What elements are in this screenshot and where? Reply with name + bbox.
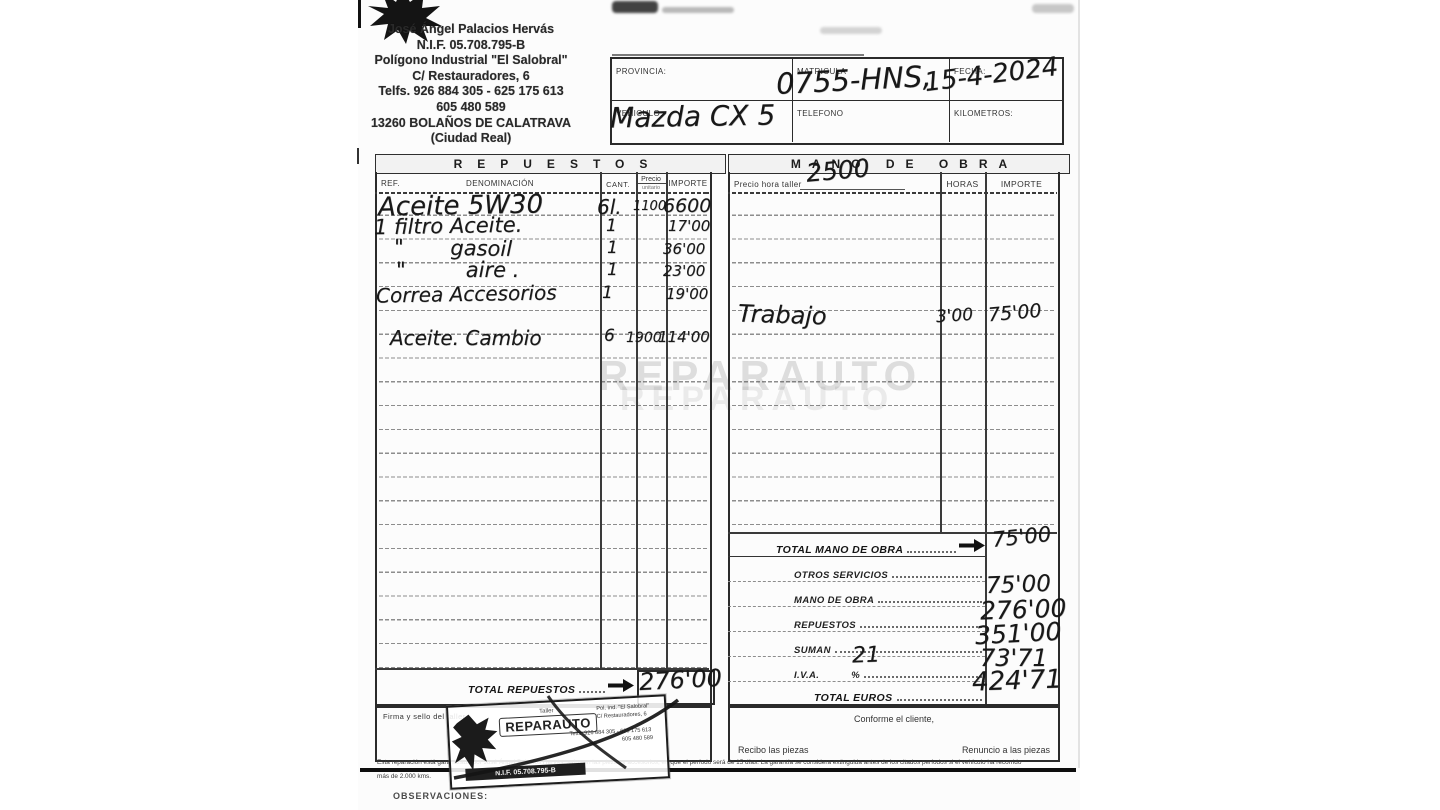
precio-hora-handwritten: 2500 [805,155,871,185]
col-cant-label: CANT. [600,180,636,189]
rep-row-importe: 23'00 [663,264,705,279]
scanned-invoice-page: José Ángel Palacios Hervás N.I.F. 05.708… [0,0,1440,810]
reparauto-watermark-ghost: REPARAUTO [620,380,895,419]
work-importe-handwritten: 75'00 [987,302,1042,326]
rep-row-den: " gasoil [394,237,512,260]
rep-row-den: " aire . [396,260,519,281]
total-mano-label: TOTAL MANO DE OBRA [776,544,903,556]
mano-obra-title: MANO DE OBRA [728,154,1070,174]
business-province: (Ciudad Real) [330,131,612,147]
scan-smudge [612,1,658,13]
kilometros-cell: KILOMETROS: [950,101,1062,142]
rep-row-precio: 1900 [626,331,662,345]
business-nif: N.I.F. 05.708.795-B [330,38,612,54]
iva-pct-label: % [851,670,860,681]
scan-line-artifact [612,54,864,56]
mano-obra-total-label: MANO DE OBRA [794,595,874,606]
vehiculo-handwritten: Mazda CX 5 [610,102,776,133]
rep-row-den: Aceite. Cambio [390,328,542,348]
business-header: José Ángel Palacios Hervás N.I.F. 05.708… [330,22,612,147]
mano-obra-total-row: MANO DE OBRA [728,582,985,607]
rep-row-importe: 19'00 [666,287,708,302]
repuestos-total-row: REPUESTOS [728,607,985,632]
col-ref-label: REF. [381,179,400,188]
col-importe-label: IMPORTE [666,179,710,188]
renuncio-label: Renuncio a las piezas [962,745,1050,755]
col-importe-mo-label: IMPORTE [985,179,1058,189]
rep-row-cant: 1 [602,285,613,302]
leader-dots [907,550,956,553]
rep-row-importe: 36'00 [663,242,705,257]
total-mano-row: TOTAL MANO DE OBRA [728,532,985,557]
business-address1: Polígono Industrial "El Salobral" [330,53,612,69]
business-phones2: 605 480 589 [330,100,612,116]
rep-row-importe: 6600 [663,197,711,216]
rep-row-cant: 1 [606,218,617,235]
arrow-right-icon [959,539,985,552]
rep-row-cant: 6 [604,328,615,345]
col-horas-label: HORAS [940,179,985,189]
telefono-label: TELEFONO [797,109,843,118]
leader-dots [864,675,982,678]
leader-dots [892,575,982,578]
rep-row-precio: 1100 [633,200,666,213]
recibo-label: Recibo las piezas [738,745,809,755]
col-precio-label: Precio [636,176,666,184]
kilometros-label: KILOMETROS: [954,109,1013,118]
leader-dots [878,600,982,603]
business-city: 13260 BOLAÑOS DE CALATRAVA [330,116,612,132]
work-den-handwritten: Trabajo [738,301,827,328]
provincia-cell: PROVINCIA: [612,59,793,100]
otros-servicios-label: OTROS SERVICIOS [794,570,888,581]
total-euros-label: TOTAL EUROS [814,692,893,704]
iva-rate-handwritten: 21 [852,645,881,668]
conforme-label: Conforme el cliente, [730,714,1058,724]
signature-strokes [420,686,720,790]
leader-dots [860,625,982,628]
rep-row-cant: 1 [607,262,618,279]
rep-row-importe: 17'00 [668,219,710,234]
total-euros-row: TOTAL EUROS [728,682,985,704]
scan-right-edge [1078,0,1080,768]
rep-row-cant: 6l. [597,197,622,217]
business-address2: C/ Restauradores, 6 [330,69,612,85]
iva-label: I.V.A. [794,670,819,681]
col-precio-sub-label: unitario [636,185,666,191]
repuestos-cant-divider [600,172,602,668]
repuestos-precio-divider [636,172,638,668]
observaciones-label: OBSERVACIONES: [393,791,488,801]
telefono-cell: TELEFONO [793,101,950,142]
work-horas-handwritten: 3'00 [935,307,973,327]
otros-servicios-row: OTROS SERVICIOS [728,557,985,582]
rep-row-cant: 1 [607,240,618,257]
rep-row-den: Correa Accesorios [376,282,557,305]
repuestos-title: REPUESTOS [375,154,726,174]
leader-dots [897,698,983,701]
total-euros-handwritten: 424'71 [972,666,1063,695]
provincia-label: PROVINCIA: [616,67,666,76]
scan-smudge [1032,4,1074,13]
business-phones1: Telfs. 926 884 305 - 625 175 613 [330,84,612,100]
precio-hora-label: Precio hora taller [734,180,802,189]
horas-divider [940,172,942,532]
scan-smudge [662,7,734,13]
scan-smudge [820,27,882,34]
repuestos-total-label: REPUESTOS [794,620,856,631]
business-name: José Ángel Palacios Hervás [330,22,612,38]
col-den-label: DENOMINACIÓN [420,179,580,188]
precio-hora-underline [800,189,905,190]
scan-edge-mark [357,148,359,164]
conforme-cliente-box: Conforme el cliente, Recibo las piezas R… [728,706,1060,762]
suman-label: SUMAN [794,645,831,656]
matricula-handwritten: 0755-HNS, [775,62,932,99]
rep-row-importe: 114'00 [658,330,710,345]
